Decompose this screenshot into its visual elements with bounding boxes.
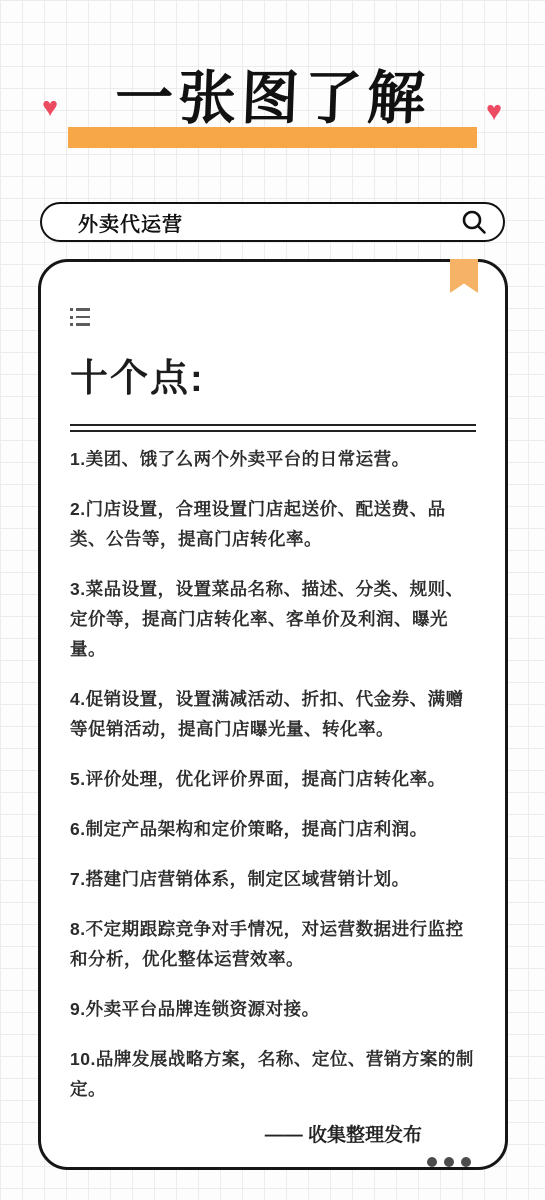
list-icon[interactable]: [70, 308, 90, 326]
heart-icon: ♥: [486, 98, 502, 125]
list-item: 2.门店设置，合理设置门店起送价、配送费、品类、公告等，提高门店转化率。: [70, 494, 476, 554]
list-icon-bar: [76, 323, 90, 326]
list-item: 8.不定期跟踪竞争对手情况，对运营数据进行监控和分析，优化整体运营效率。: [70, 914, 476, 974]
list-item: 10.品牌发展战略方案，名称、定位、营销方案的制定。: [70, 1044, 476, 1104]
list-icon-dot: [70, 323, 73, 326]
more-menu[interactable]: [70, 1157, 476, 1167]
list-icon-bar: [76, 308, 90, 311]
list-icon-bar: [76, 316, 90, 319]
more-dot-icon: [427, 1157, 437, 1167]
card-heading: 十个点:: [70, 356, 476, 402]
search-input[interactable]: 外卖代运营: [78, 208, 461, 237]
list-icon-dot: [70, 308, 73, 311]
bookmark-icon[interactable]: [450, 259, 478, 293]
list-item: 1.美团、饿了么两个外卖平台的日常运营。: [70, 444, 476, 474]
list-icon-dot: [70, 316, 73, 319]
content-card: 十个点: 1.美团、饿了么两个外卖平台的日常运营。 2.门店设置，合理设置门店起…: [38, 259, 508, 1170]
page-title: 一张图了解: [0, 60, 545, 138]
list-item: 9.外卖平台品牌连锁资源对接。: [70, 994, 476, 1024]
more-dot-icon: [461, 1157, 471, 1167]
list-item: 7.搭建门店营销体系，制定区域营销计划。: [70, 864, 476, 894]
attribution-text: —— 收集整理发布: [70, 1124, 476, 1148]
list-item: 3.菜品设置，设置菜品名称、描述、分类、规则、定价等，提高门店转化率、客单价及利…: [70, 574, 476, 664]
search-bar[interactable]: 外卖代运营: [40, 202, 505, 242]
list-item: 5.评价处理，优化评价界面，提高门店转化率。: [70, 764, 476, 794]
list-item: 4.促销设置，设置满减活动、折扣、代金券、满赠等促销活动，提高门店曝光量、转化率…: [70, 684, 476, 744]
list-item: 6.制定产品架构和定价策略，提高门店利润。: [70, 814, 476, 844]
points-list: 1.美团、饿了么两个外卖平台的日常运营。 2.门店设置，合理设置门店起送价、配送…: [70, 444, 476, 1104]
double-rule-divider: [70, 424, 476, 432]
search-icon[interactable]: [461, 209, 487, 235]
more-dot-icon: [444, 1157, 454, 1167]
